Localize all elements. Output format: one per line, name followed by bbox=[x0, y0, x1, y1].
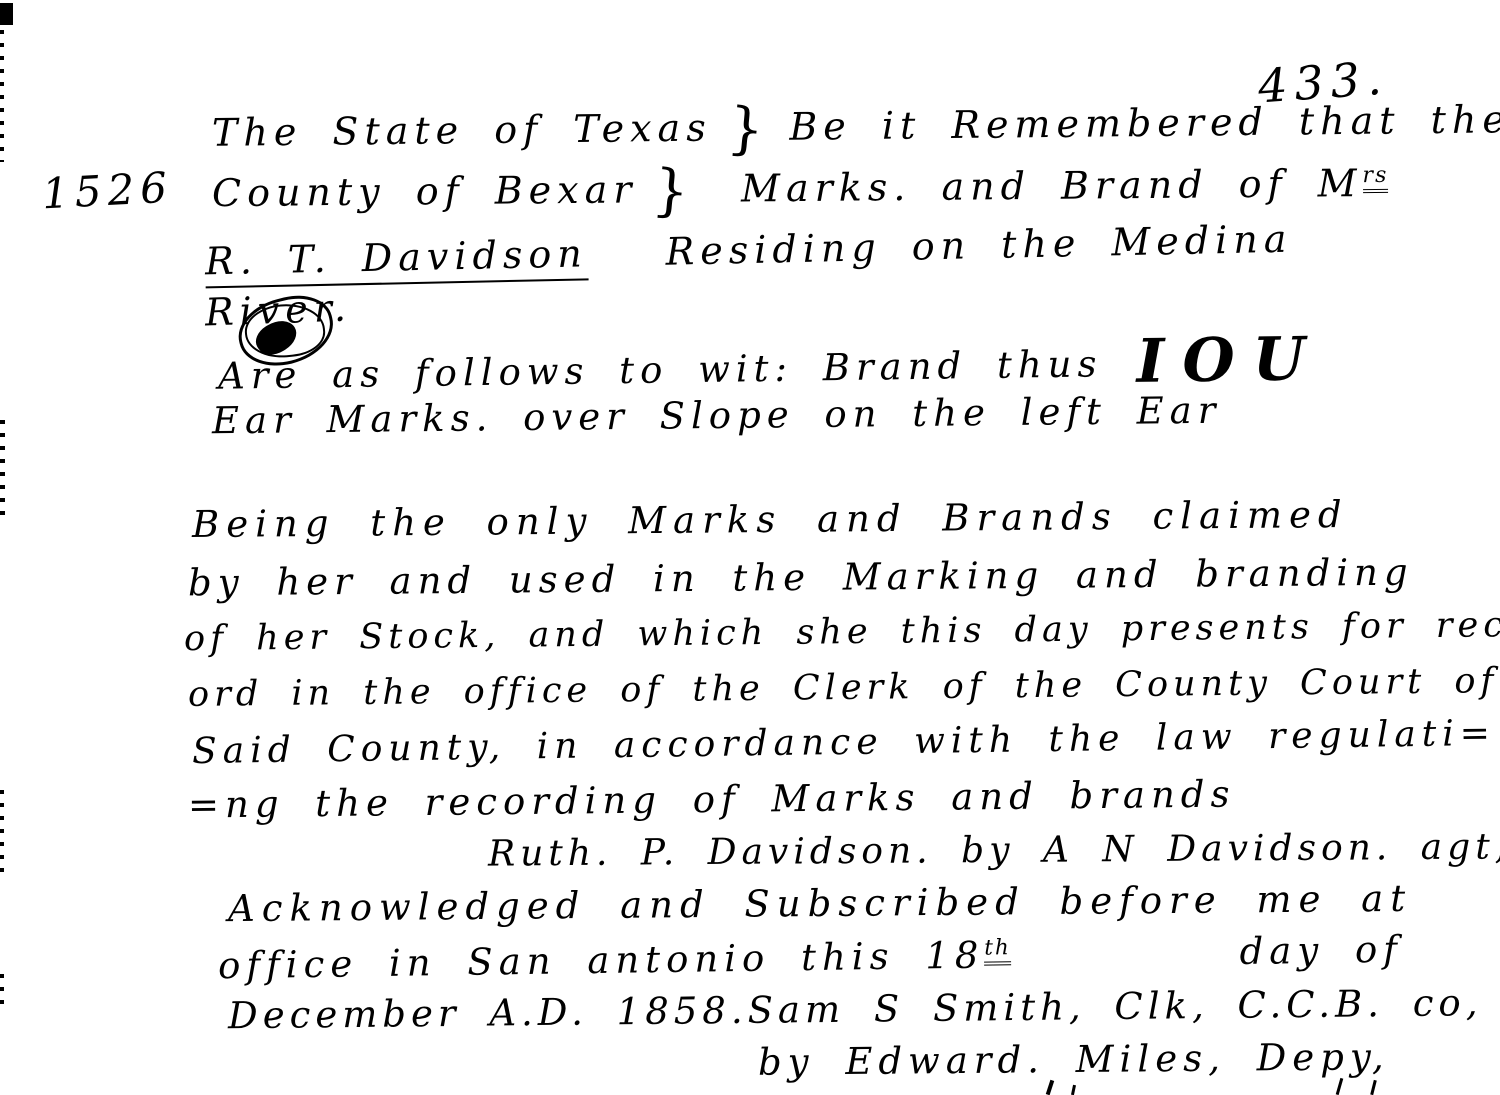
acknowledgement-line: Acknowledged and Subscribed before me at bbox=[228, 877, 1412, 930]
scan-artifact-corner bbox=[0, 3, 13, 25]
body-line: Said County, in accordance with the law … bbox=[192, 713, 1496, 772]
day-ordinal-superscript: th bbox=[984, 935, 1011, 965]
body-line: of her Stock, and which she this day pre… bbox=[184, 605, 1500, 659]
scan-artifact-edge bbox=[0, 790, 4, 874]
brace-icon: } bbox=[728, 128, 769, 132]
scan-artifact-edge bbox=[0, 30, 4, 162]
marks-and-brand-text: Marks. and Brand of bbox=[741, 162, 1288, 211]
scan-artifact-bottom bbox=[1046, 1080, 1054, 1095]
owner-name-text: R. T. Davidson bbox=[205, 231, 589, 288]
honorific-superscript: rs bbox=[1362, 163, 1388, 193]
clerk-signature-text: Sam S Smith, Clk, C.C.B. co, bbox=[747, 981, 1482, 1032]
body-line: ord in the office of the Clerk of the Co… bbox=[188, 661, 1499, 715]
line-county-of-bexar: County of Bexar}Marks. and Brand of Mrs bbox=[212, 161, 1389, 215]
entry-number: 1526 bbox=[41, 163, 174, 219]
office-city-left: office in San antonio this bbox=[218, 935, 895, 987]
line-owner-name: R. T. DavidsonResiding on the Medina bbox=[205, 217, 1293, 284]
deputy-line: by Edward. Miles, Depy, bbox=[758, 1035, 1390, 1084]
scan-artifact-edge bbox=[0, 420, 5, 522]
brace-icon: } bbox=[654, 190, 695, 194]
line-state-of-texas: The State of Texas}Be it Remembered that… bbox=[212, 97, 1500, 155]
honorific-base: M bbox=[1317, 161, 1362, 205]
acknowledgement-date-line: office in San antonio this 18th day of bbox=[218, 928, 1403, 988]
scanned-document-page: 433. 1526 The State of Texas}Be it Remem… bbox=[0, 0, 1500, 1095]
office-city-text: office in San antonio this 18th bbox=[218, 933, 1011, 987]
body-line: =ng the recording of Marks and brands bbox=[188, 773, 1236, 827]
residing-text: Residing on the Medina bbox=[665, 217, 1293, 274]
scan-artifact-bottom bbox=[1370, 1080, 1377, 1095]
signature-line: Ruth. P. Davidson. by A N Davidson. agt, bbox=[488, 826, 1500, 874]
line-ear-marks: Ear Marks. over Slope on the left Ear bbox=[212, 389, 1222, 443]
be-it-remembered-text: Be it Remembered that the bbox=[789, 97, 1500, 149]
county-of-bexar-text: County of Bexar bbox=[212, 167, 638, 215]
body-line: by her and used in the Marking and brand… bbox=[188, 551, 1414, 605]
clerk-line: December A.D. 1858. Sam S Smith, Clk, C.… bbox=[228, 982, 1428, 1038]
day-number: 18 bbox=[925, 934, 985, 978]
state-of-texas-text: The State of Texas bbox=[212, 106, 712, 155]
scan-artifact-bottom bbox=[1336, 1078, 1344, 1095]
body-line: Being the only Marks and Brands claimed bbox=[192, 493, 1349, 546]
scan-artifact-edge bbox=[0, 974, 4, 1004]
brand-prefix-text: Are as follows to wit: Brand thus bbox=[218, 342, 1103, 397]
scan-artifact-bottom bbox=[1071, 1085, 1076, 1095]
month-year-text: December A.D. 1858. bbox=[228, 989, 748, 1037]
day-of-text: day of bbox=[1239, 928, 1403, 973]
brand-symbol: IOU bbox=[1136, 324, 1324, 397]
